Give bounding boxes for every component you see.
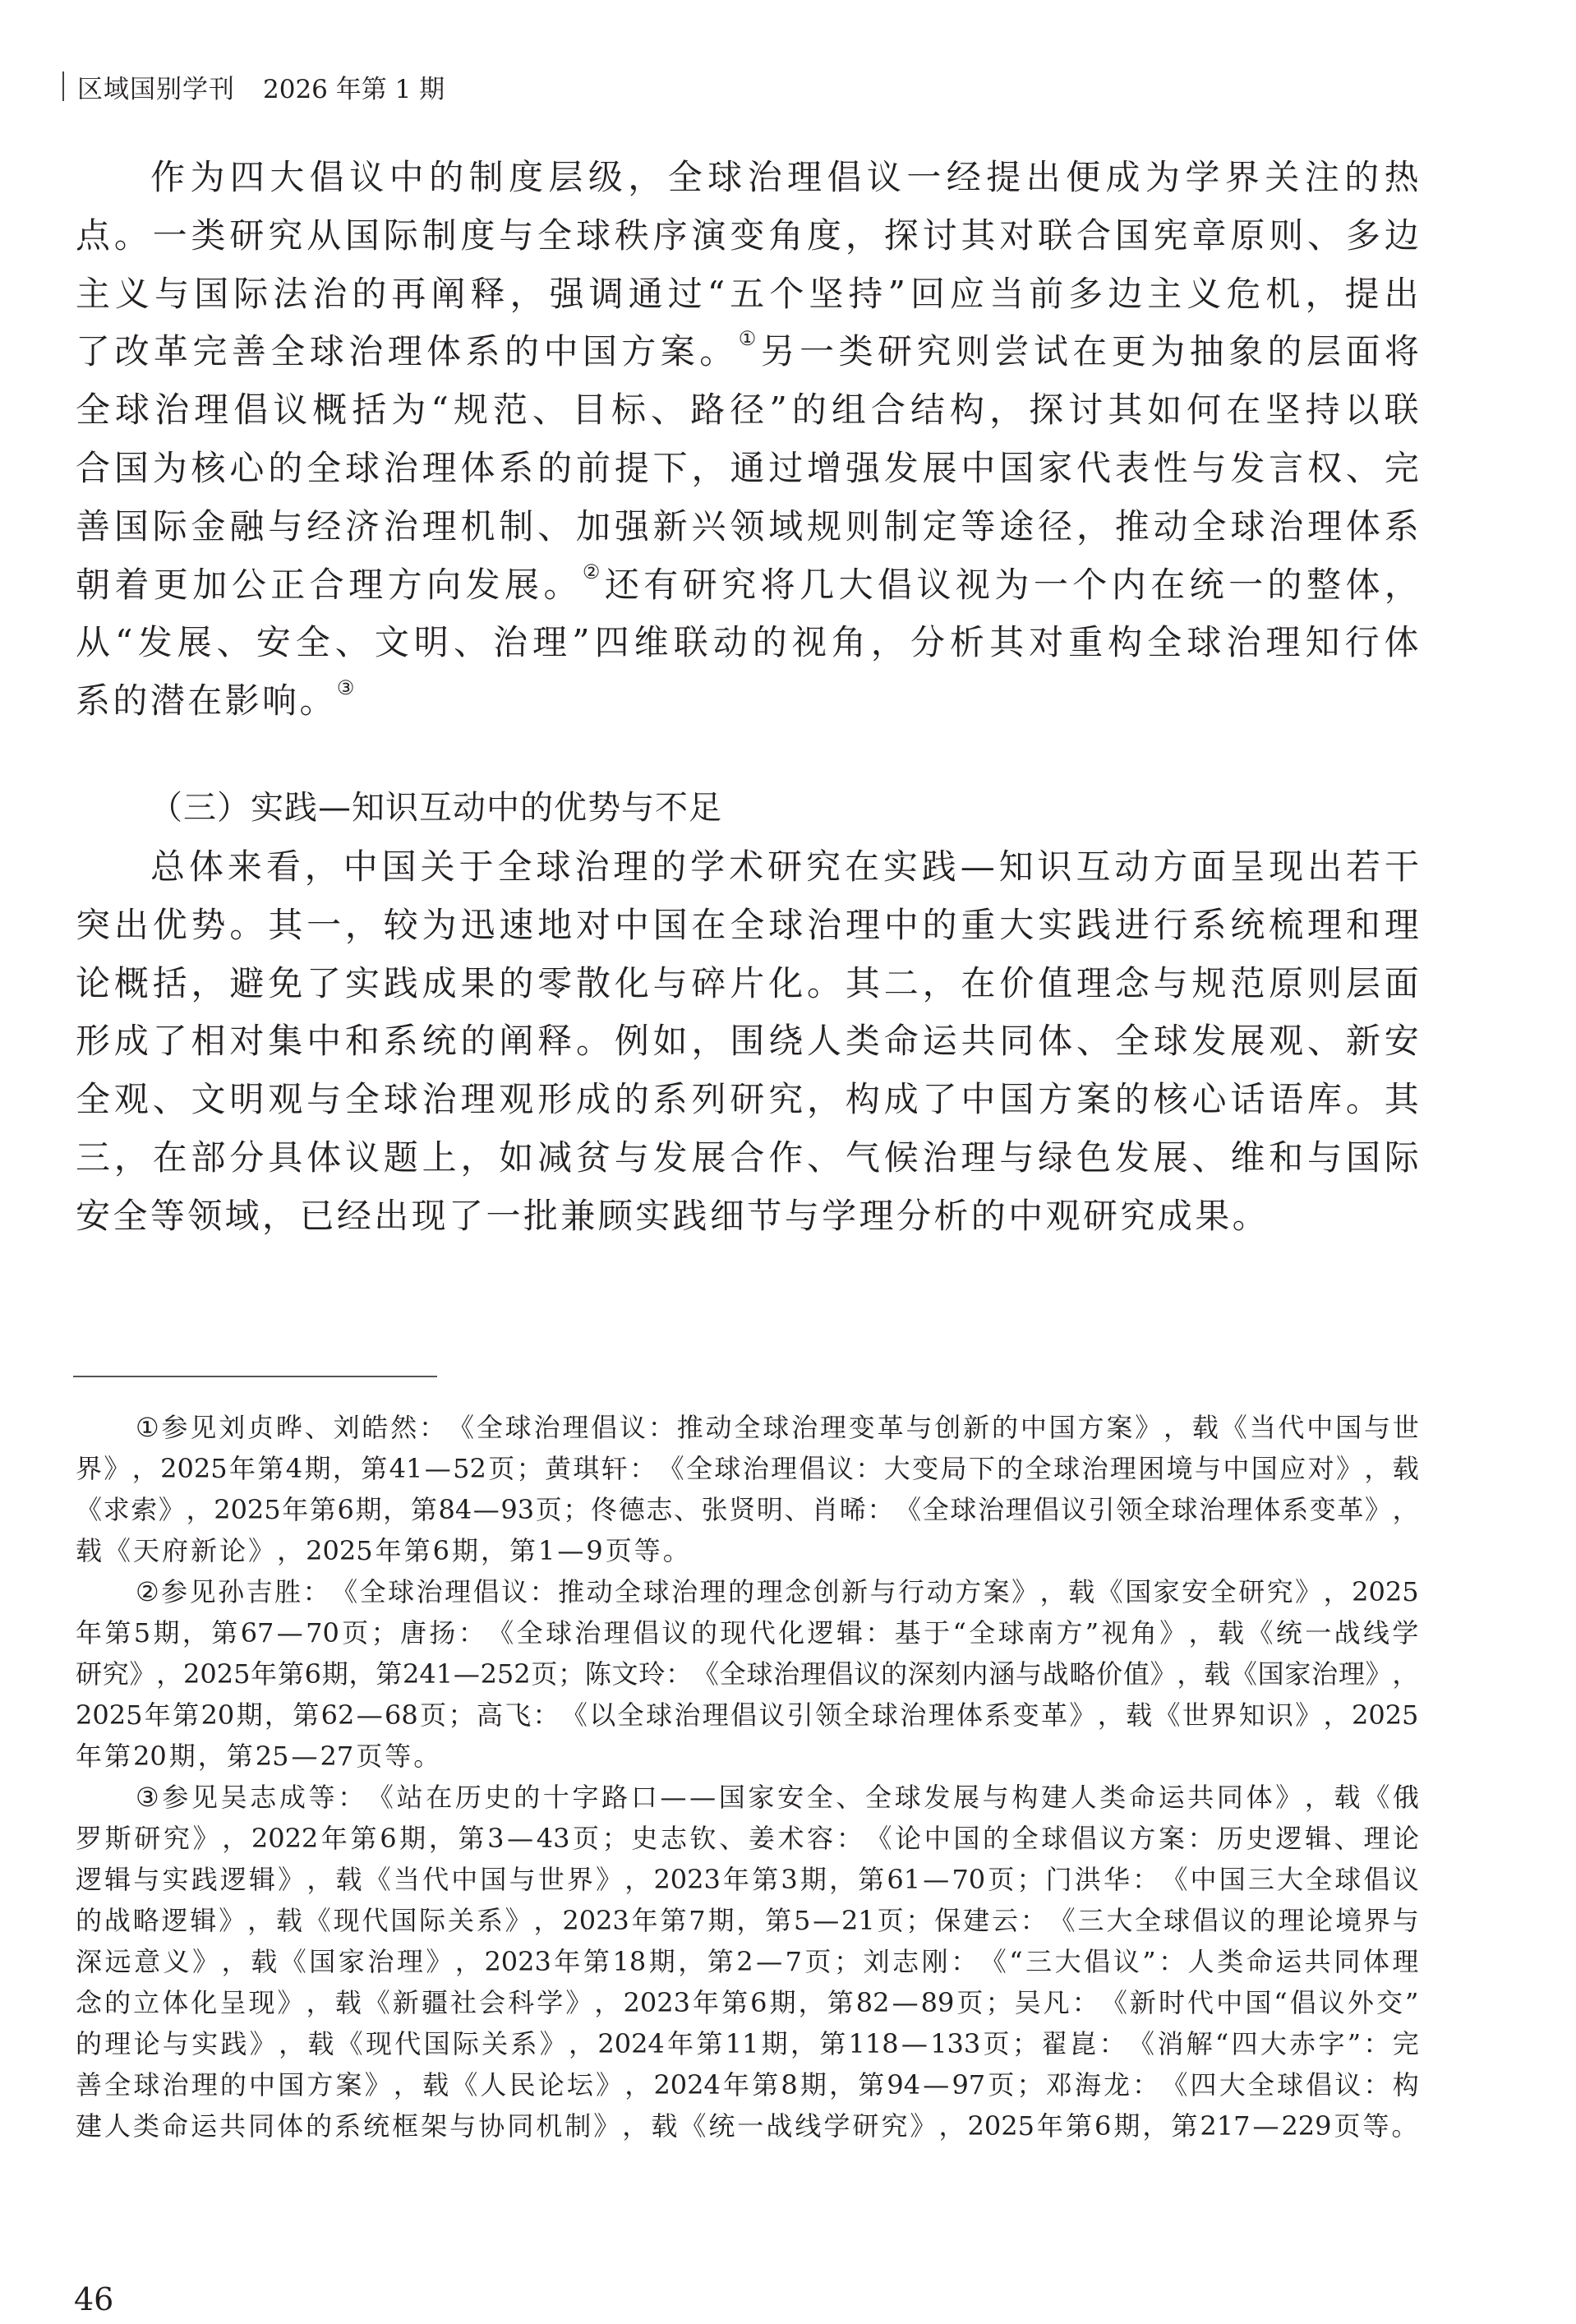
footnote-ref: ③	[337, 663, 355, 712]
footnote-line: 《求索》，2025年第6期，第84—93页；佟德志、张贤明、肖晞：《全球治理倡议…	[76, 1492, 1419, 1528]
footnote-line: 界》，2025年第4期，第41—52页；黄琪轩：《全球治理倡议：大变局下的全球治…	[76, 1450, 1419, 1487]
footnote-line: 深远意义》，载《国家治理》，2023年第18期，第2—7页；刘志刚：《“三大倡议…	[76, 1944, 1419, 1980]
journal-title: 区域国别学刊	[77, 68, 235, 105]
running-head-divider	[62, 71, 64, 101]
footnote-line: ②参见孙吉胜：《全球治理倡议：推动全球治理的理念创新与行动方案》，载《国家安全研…	[136, 1574, 1419, 1610]
body-text-line: 合国为核心的全球治理体系的前提下，通过增强发展中国家代表性与发言权、完	[76, 444, 1419, 493]
footnote-divider	[73, 1376, 437, 1377]
body-text-line: 朝着更加公正合理方向发展。②还有研究将几大倡议视为一个内在统一的整体，	[76, 560, 1419, 610]
footnote-line: 年第5期，第67—70页；唐扬：《全球治理倡议的现代化逻辑：基于“全球南方”视角…	[76, 1615, 1419, 1651]
footnote-line: 罗斯研究》，2022年第6期，第3—43页；史志钦、姜术容：《论中国的全球倡议方…	[76, 1820, 1419, 1856]
body-text-line: 总体来看，中国关于全球治理的学术研究在实践—知识互动方面呈现出若干	[150, 842, 1419, 892]
section-heading: （三）实践—知识互动中的优势与不足	[150, 785, 722, 831]
footnote-line: 善全球治理的中国方案》，载《人民论坛》，2024年第8期，第94—97页；邓海龙…	[76, 2067, 1419, 2103]
issue-label: 2026 年第 1 期	[263, 68, 445, 105]
body-text-line: 善国际金融与经济治理机制、加强新兴领域规则制定等途径，推动全球治理体系	[76, 502, 1419, 551]
body-text-line: 从“发展、安全、文明、治理”四维联动的视角，分析其对重构全球治理知行体	[76, 618, 1419, 667]
body-text-line: 点。一类研究从国际制度与全球秩序演变角度，探讨其对联合国宪章原则、多边	[76, 211, 1419, 261]
body-text-line: 全观、文明观与全球治理观形成的系列研究，构成了中国方案的核心话语库。其	[76, 1075, 1419, 1124]
body-text-line: 三，在部分具体议题上，如减贫与发展合作、气候治理与绿色发展、维和与国际	[76, 1133, 1419, 1183]
footnote-ref: ②	[583, 547, 601, 597]
body-text-line: 主义与国际法治的再阐释，强调通过“五个坚持”回应当前多边主义危机，提出	[76, 270, 1419, 319]
footnote-line: 的理论与实践》，载《现代国际关系》，2024年第11期，第118—133页；翟崑…	[76, 2026, 1419, 2062]
body-text-line: 全球治理倡议概括为“规范、目标、路径”的组合结构，探讨其如何在坚持以联	[76, 385, 1419, 435]
body-text-line: 系的潜在影响。③	[76, 676, 1419, 726]
footnote-line: 载《天府新论》，2025年第6期，第1—9页等。	[76, 1533, 1419, 1569]
footnote-line: 研究》，2025年第6期，第241—252页；陈文玲：《全球治理倡议的深刻内涵与…	[76, 1656, 1419, 1692]
footnote-line: ①参见刘贞晔、刘皓然：《全球治理倡议：推动全球治理变革与创新的中国方案》，载《当…	[136, 1409, 1419, 1446]
footnote-line: 的战略逻辑》，载《现代国际关系》，2023年第7期，第5—21页；保建云：《三大…	[76, 1902, 1419, 1939]
page-number: 46	[74, 2281, 113, 2317]
footnote-line: 2025年第20期，第62—68页；高飞：《以全球治理倡议引领全球治理体系变革》…	[76, 1697, 1419, 1733]
footnote-line: 念的立体化呈现》，载《新疆社会科学》，2023年第6期，第82—89页；吴凡：《…	[76, 1985, 1419, 2021]
footnote-ref: ①	[739, 314, 757, 363]
body-text-line: 作为四大倡议中的制度层级，全球治理倡议一经提出便成为学界关注的热	[150, 153, 1419, 202]
body-text-line: 论概括，避免了实践成果的零散化与碎片化。其二，在价值理念与规范原则层面	[76, 959, 1419, 1008]
footnote-line: 年第20期，第25—27页等。	[76, 1738, 1419, 1774]
body-text-line: 形成了相对集中和系统的阐释。例如，围绕人类命运共同体、全球发展观、新安	[76, 1017, 1419, 1066]
footnote-line: ③参见吴志成等：《站在历史的十字路口——国家安全、全球发展与构建人类命运共同体》…	[136, 1779, 1419, 1815]
running-head: 区域国别学刊 2026 年第 1 期	[62, 71, 445, 102]
footnote-line: 逻辑与实践逻辑》，载《当代中国与世界》，2023年第3期，第61—70页；门洪华…	[76, 1861, 1419, 1897]
body-text-line: 了改革完善全球治理体系的中国方案。①另一类研究则尝试在更为抽象的层面将	[76, 327, 1419, 376]
footnote-line: 建人类命运共同体的系统框架与协同机制》，载《统一战线学研究》，2025年第6期，…	[76, 2108, 1419, 2144]
body-text-line: 安全等领域，已经出现了一批兼顾实践细节与学理分析的中观研究成果。	[76, 1192, 1419, 1241]
body-text-line: 突出优势。其一，较为迅速地对中国在全球治理中的重大实践进行系统梳理和理	[76, 901, 1419, 950]
